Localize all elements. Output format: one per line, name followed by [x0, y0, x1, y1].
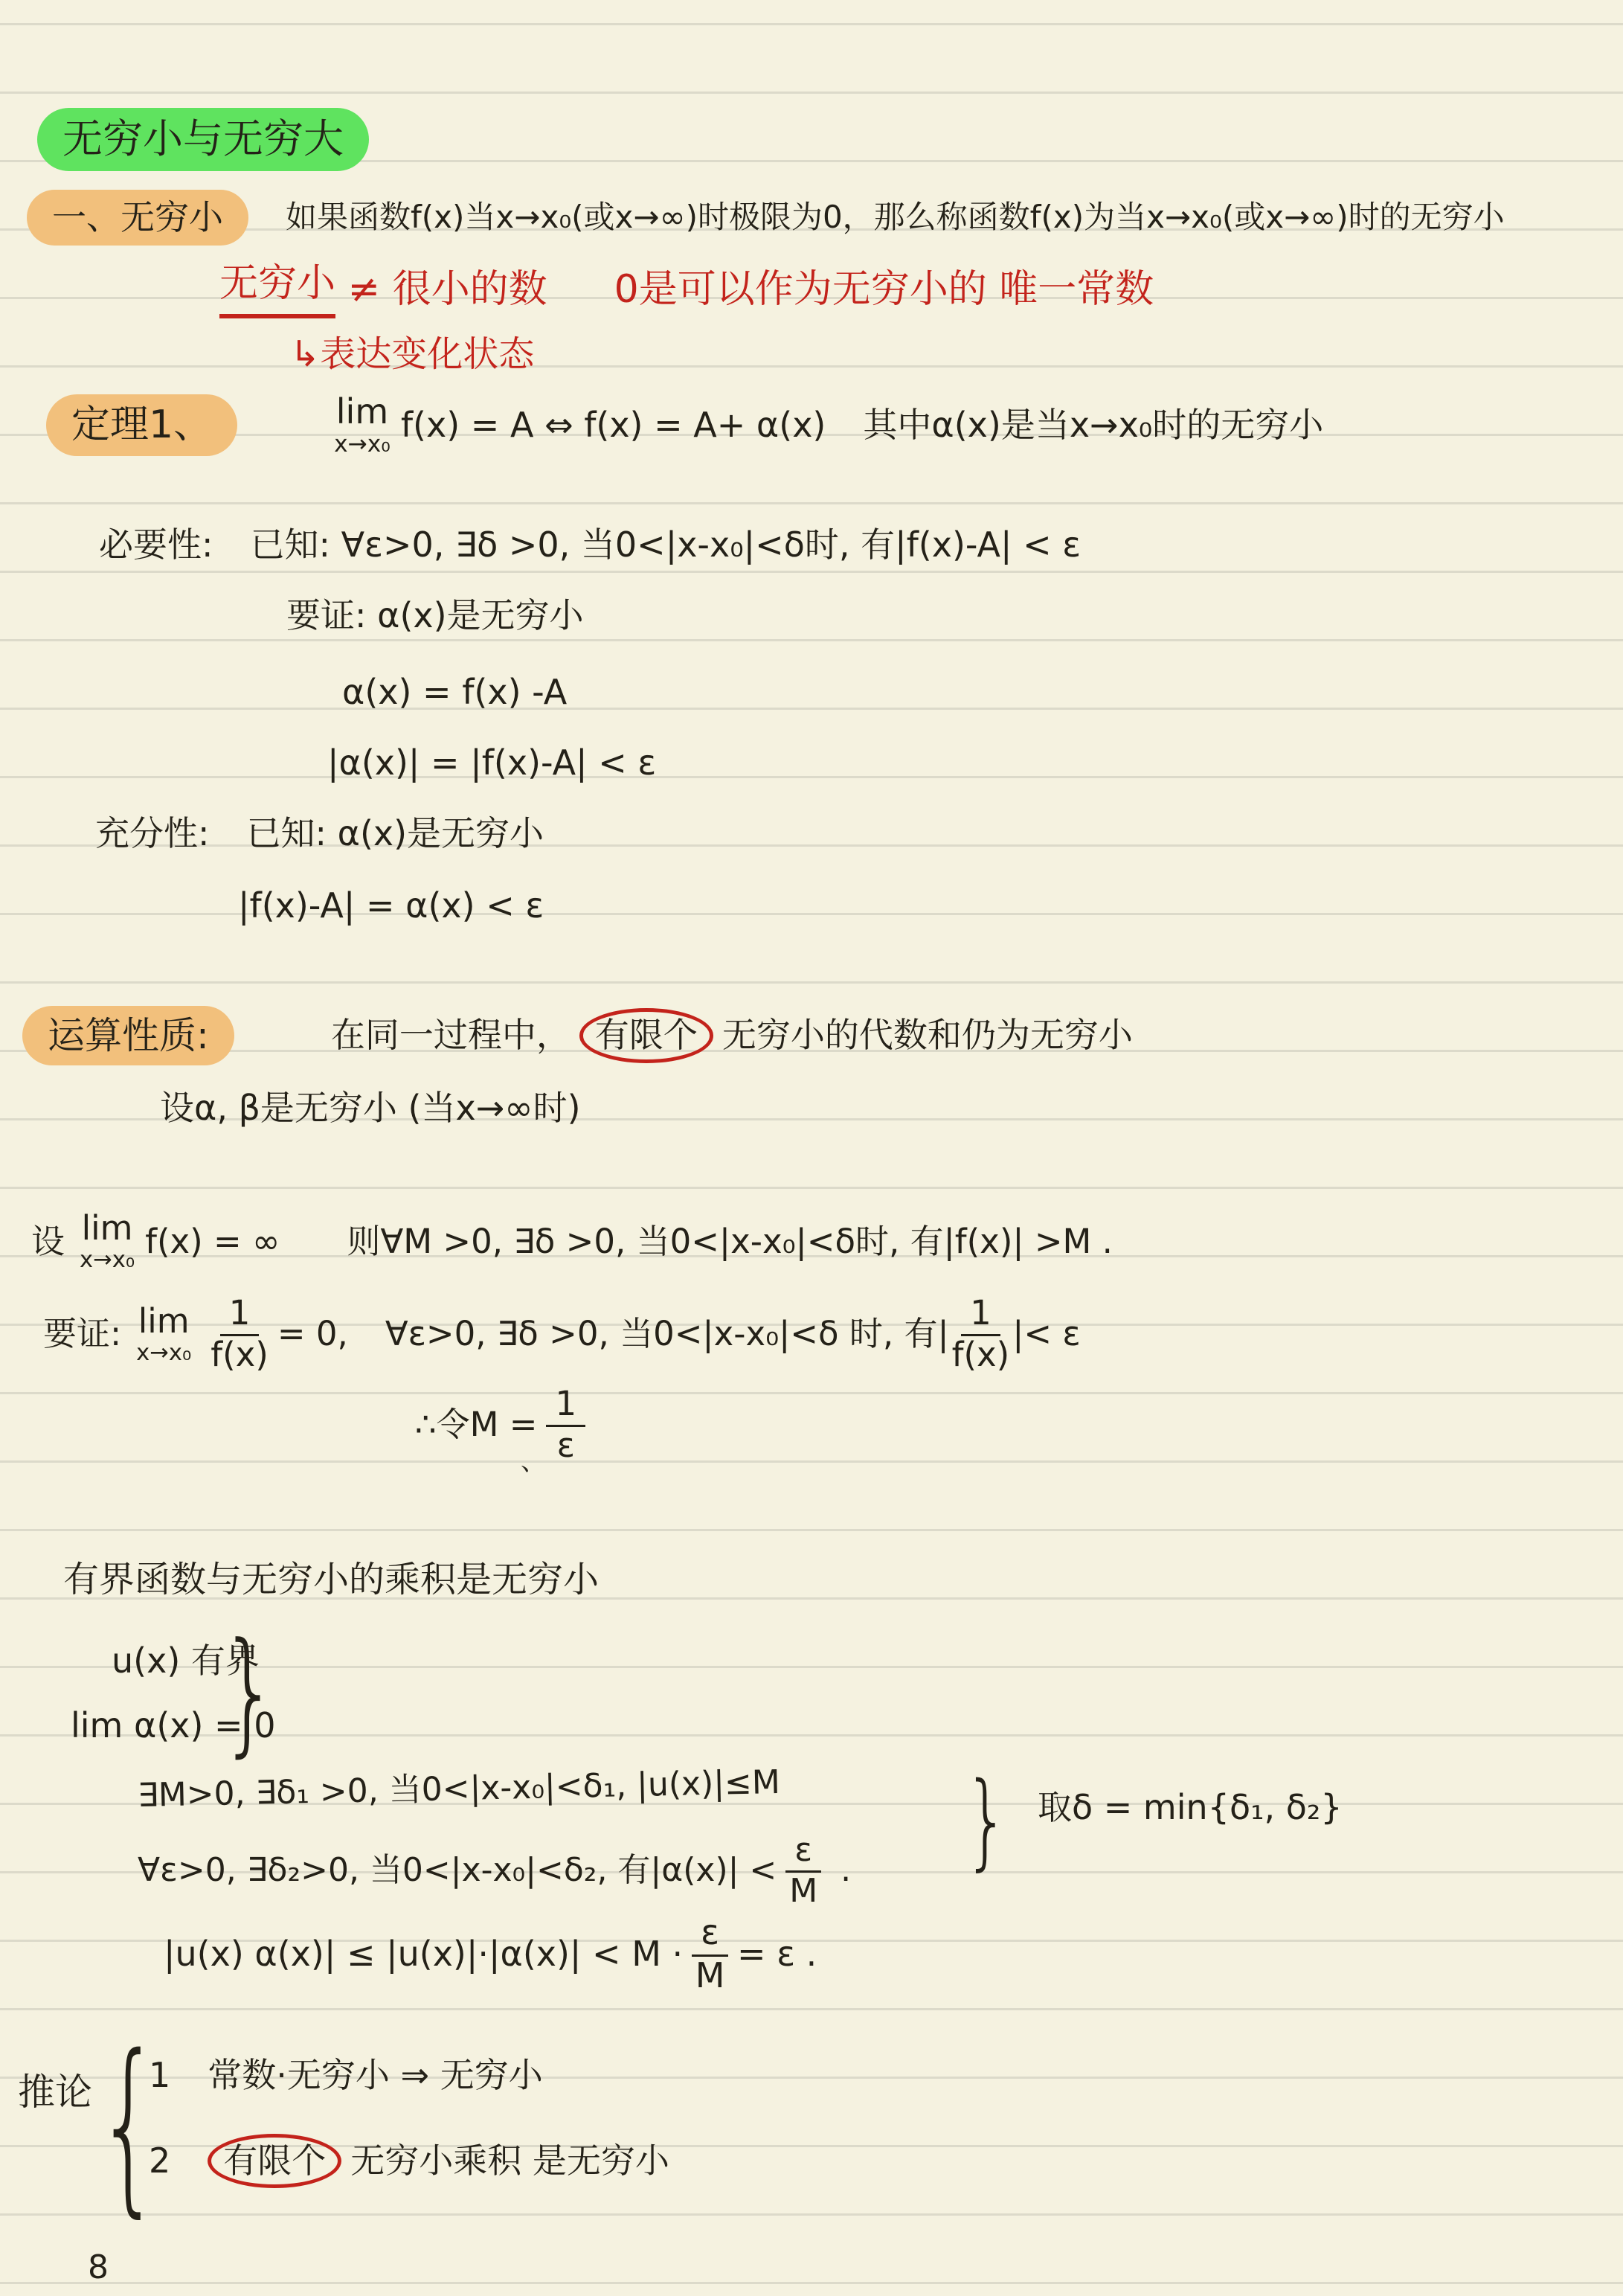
- sufficiency-label: 充分性:: [95, 813, 210, 854]
- necessity-row: 必要性: 已知: ∀ε>0, ∃δ >0, 当0<|x-x₀|<δ时, 有|f(…: [99, 525, 1081, 565]
- corollary-label: 推论: [18, 2070, 92, 2114]
- epsilon-over-m-fraction: ε M: [785, 1832, 821, 1910]
- necessity-eq1-row: α(x) = f(x) -A: [342, 672, 567, 713]
- lim-subscript: x→x₀: [334, 433, 391, 456]
- corollary-item2-circled-term: 有限个: [208, 2134, 341, 2188]
- fraction-numerator: 1: [220, 1295, 260, 1336]
- section-label: 一、无穷小: [27, 190, 248, 246]
- red-note-row: 无穷小 ≠ 很小的数 0是可以作为无穷小的 唯一常数: [219, 260, 1154, 318]
- limit-notation: lim x→x₀: [80, 1211, 135, 1272]
- infinity-prove-row: 要证: lim x→x₀ 1 f(x) = 0, ∀ε>0, ∃δ >0, 当0…: [43, 1295, 1081, 1374]
- corollary-item2-row: 2 有限个 无穷小乘积 是无穷小: [149, 2134, 669, 2188]
- definition-text: 如果函数f(x)当x→x₀(或x→∞)时极限为0，那么称函数f(x)为当x→x₀…: [286, 199, 1505, 236]
- sufficiency-row: 充分性: 已知: α(x)是无穷小: [95, 813, 544, 854]
- reciprocal-fraction: 1 f(x): [952, 1295, 1010, 1374]
- operation-assume-row: 设α, β是无穷小 (当x→∞时): [160, 1088, 581, 1129]
- lim-word: lim: [138, 1304, 190, 1338]
- bounded-line2-row: ∀ε>0, ∃δ₂>0, 当0<|x-x₀|<δ₂, 有|α(x)| < ε M…: [138, 1832, 851, 1910]
- take-delta: 取δ = min{δ₁, δ₂}: [1038, 1787, 1343, 1828]
- fraction-denominator: ε: [557, 1427, 575, 1464]
- epsilon-reciprocal-fraction: 1 ε: [546, 1385, 585, 1465]
- fraction-numerator: 1: [546, 1385, 585, 1427]
- bounded-line2-post: .: [830, 1851, 851, 1891]
- bounded-line3-post: = ε .: [737, 1934, 817, 1975]
- operation-circled-term: 有限个: [579, 1008, 713, 1062]
- bounded-line3-pre: |u(x) α(x)| ≤ |u(x)|·|α(x)| < M ·: [164, 1934, 683, 1975]
- infinity-then: 则∀M >0, ∃δ >0, 当0<|x-x₀|<δ时, 有|f(x)| >M …: [347, 1222, 1113, 1262]
- corollary-item1-row: 1 常数·无穷小 ⇒ 无穷小: [149, 2055, 543, 2096]
- bounded-line1-row: ∃M>0, ∃δ₁ >0, 当0<|x-x₀|<δ₁, |u(x)|≤M: [137, 1763, 780, 1816]
- lim-subscript: x→x₀: [136, 1342, 191, 1365]
- operation-post: 无穷小的代数和仍为无穷小: [722, 1015, 1133, 1056]
- limit-notation: lim x→x₀: [136, 1304, 191, 1365]
- necessity-toprove-row: 要证: α(x)是无穷小: [286, 595, 584, 636]
- necessity-label: 必要性:: [99, 525, 213, 565]
- bounded-title-row: 有界函数与无穷小的乘积是无穷小: [63, 1559, 599, 1602]
- lim-word: lim: [336, 394, 388, 429]
- infinity-def-row: 设 lim x→x₀ f(x) = ∞ 则∀M >0, ∃δ >0, 当0<|x…: [31, 1211, 1113, 1272]
- bounded-line1: ∃M>0, ∃δ₁ >0, 当0<|x-x₀|<δ₁, |u(x)|≤M: [137, 1763, 780, 1816]
- infinity-prove-label: 要证:: [43, 1314, 121, 1354]
- infinity-eq-zero: = 0,: [277, 1314, 348, 1354]
- corollary-item2-number: 2: [149, 2141, 170, 2181]
- corollary-item2-text: 无穷小乘积 是无穷小: [350, 2141, 669, 2181]
- title-row: 无穷小与无穷大: [37, 108, 369, 171]
- fraction-denominator: M: [789, 1873, 817, 1909]
- red-arrow-note: ↳表达变化状态: [290, 333, 534, 376]
- definition-row: 一、无穷小 如果函数f(x)当x→x₀(或x→∞)时极限为0，那么称函数f(x)…: [27, 190, 1505, 246]
- fraction-numerator: ε: [785, 1832, 821, 1873]
- bounded-title: 有界函数与无穷小的乘积是无穷小: [63, 1559, 599, 1602]
- page-number-row: 8: [88, 2248, 109, 2288]
- tick-mark-row: 、: [521, 1447, 546, 1478]
- theorem1-body: f(x) = A ⇔ f(x) = A+ α(x): [401, 405, 826, 446]
- red-note-underlined-term: 无穷小: [219, 260, 335, 318]
- limit-notation: lim x→x₀: [334, 394, 391, 456]
- fraction-numerator: 1: [961, 1295, 1000, 1336]
- let-m-row: ∴令M = 1 ε: [415, 1385, 594, 1465]
- red-note-zero: 0是可以作为无穷小的 唯一常数: [614, 266, 1154, 312]
- fraction-denominator: f(x): [210, 1336, 269, 1373]
- theorem1-label: 定理1、: [46, 394, 237, 455]
- operation-row: 运算性质: 在同一过程中， 有限个 无穷小的代数和仍为无穷小: [22, 1006, 1133, 1065]
- lim-subscript: x→x₀: [80, 1249, 135, 1272]
- corollary-item1-number: 1: [149, 2055, 170, 2096]
- operation-assume: 设α, β是无穷小 (当x→∞时): [160, 1088, 581, 1129]
- theorem1-condition: 其中α(x)是当x→x₀时的无穷小: [863, 405, 1323, 446]
- operation-label: 运算性质:: [22, 1006, 234, 1065]
- infinity-body-pre: ∀ε>0, ∃δ >0, 当0<|x-x₀|<δ 时, 有|: [385, 1314, 949, 1354]
- necessity-eq2-row: |α(x)| = |f(x)-A| < ε: [327, 743, 656, 783]
- let-m-pre: ∴令M =: [415, 1405, 537, 1445]
- sufficiency-eq: |f(x)-A| = α(x) < ε: [238, 885, 544, 926]
- necessity-toprove: 要证: α(x)是无穷小: [286, 595, 584, 636]
- bounded-line3-row: |u(x) α(x)| ≤ |u(x)|·|α(x)| < M · ε M = …: [164, 1914, 817, 1995]
- sufficiency-eq-row: |f(x)-A| = α(x) < ε: [238, 885, 544, 926]
- operation-pre: 在同一过程中，: [331, 1015, 571, 1056]
- corollary-item1-text: 常数·无穷小 ⇒ 无穷小: [208, 2055, 542, 2096]
- fraction-denominator: f(x): [952, 1336, 1010, 1373]
- page-title: 无穷小与无穷大: [37, 108, 369, 171]
- fraction-numerator: ε: [692, 1914, 728, 1957]
- lines-brace: }: [963, 1769, 1009, 1873]
- sufficiency-given: 已知: α(x)是无穷小: [247, 813, 544, 854]
- necessity-eq1: α(x) = f(x) -A: [342, 672, 567, 713]
- reciprocal-fraction: 1 f(x): [210, 1295, 269, 1374]
- tick-mark: 、: [521, 1447, 546, 1478]
- infinity-body-post: |< ε: [1012, 1314, 1081, 1354]
- corollary-label-row: 推论: [18, 2070, 92, 2114]
- red-note-neq: ≠ 很小的数: [335, 266, 547, 312]
- take-delta-row: 取δ = min{δ₁, δ₂}: [1038, 1787, 1343, 1828]
- infinity-pre: 设: [31, 1222, 65, 1262]
- notebook-page: 无穷小与无穷大 一、无穷小 如果函数f(x)当x→x₀(或x→∞)时极限为0，那…: [0, 0, 1623, 2296]
- infinity-eq: f(x) = ∞: [145, 1222, 280, 1262]
- theorem1-row: 定理1、 lim x→x₀ f(x) = A ⇔ f(x) = A+ α(x) …: [46, 394, 1323, 456]
- fraction-denominator: M: [695, 1957, 725, 1995]
- epsilon-over-m-fraction: ε M: [692, 1914, 728, 1995]
- lim-word: lim: [82, 1211, 133, 1245]
- necessity-given: 已知: ∀ε>0, ∃δ >0, 当0<|x-x₀|<δ时, 有|f(x)-A|…: [251, 525, 1082, 565]
- conditions-brace: }: [219, 1626, 279, 1760]
- red-arrow-note-row: ↳表达变化状态: [290, 333, 534, 376]
- page-number: 8: [88, 2248, 109, 2288]
- necessity-eq2: |α(x)| = |f(x)-A| < ε: [327, 743, 656, 783]
- bounded-line2-pre: ∀ε>0, ∃δ₂>0, 当0<|x-x₀|<δ₂, 有|α(x)| <: [138, 1851, 777, 1891]
